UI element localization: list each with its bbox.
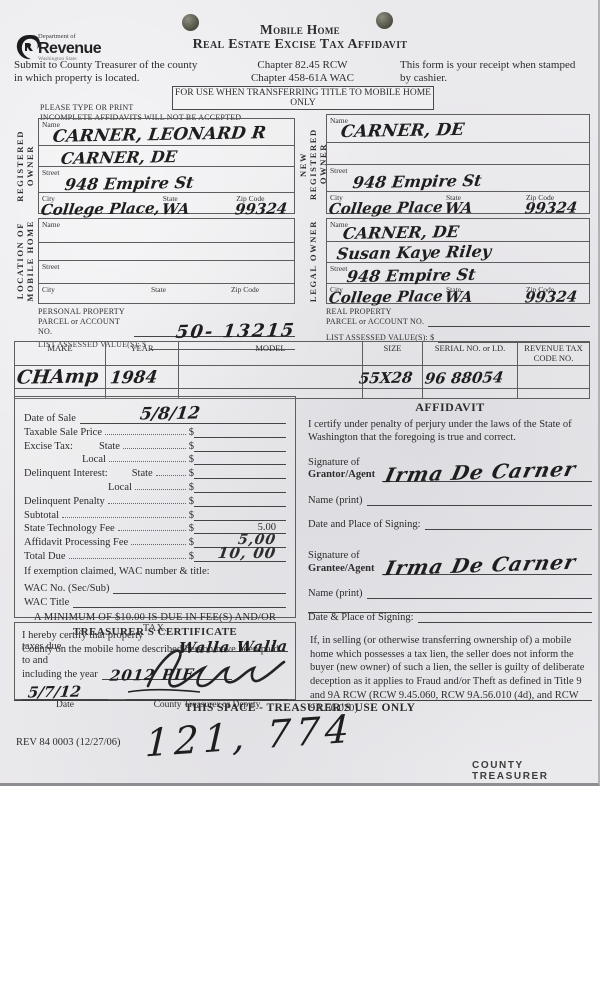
street-field-label: Street [42, 262, 60, 271]
name-field-label: Name [42, 220, 60, 229]
personal-parcel-no-label: PARCEL or ACCOUNT NO. [38, 317, 130, 337]
registered-owner-state: WA [161, 200, 191, 218]
registered-owner-label-col2: OWNER [26, 145, 36, 186]
fee-row-delinquent-interest-state: Delinquent Interest:State$ [24, 465, 286, 479]
header-revenue-line2: CODE NO. [534, 353, 574, 363]
tc-county-handwritten: Walla Walla [178, 637, 289, 657]
personal-property-label: PERSONAL PROPERTY [38, 307, 295, 317]
receipt-note: This form is your receipt when stamped b… [400, 59, 590, 85]
legal-owner-city: College Place [328, 287, 444, 307]
real-property-label: REAL PROPERTY [326, 307, 590, 317]
exemption-note: If exemption claimed, WAC number & title… [24, 566, 286, 580]
fee-row-delinquent-penalty: Delinquent Penalty$ [24, 493, 286, 507]
new-registered-owner-name1: CARNER, DE [340, 120, 466, 142]
street-field-label: Street [330, 166, 348, 175]
affidavit-bottom-rule [308, 612, 592, 613]
tc-date-value: 5/7/12 [27, 683, 82, 702]
cell-model [179, 366, 363, 389]
cell-make: CHAmp [15, 366, 106, 389]
new-registered-owner-city: College Place [328, 198, 444, 218]
fee-row-excise-state: Excise Tax:State$ [24, 438, 286, 452]
date-of-sale-value: 5/8/12 [139, 403, 201, 424]
street-field-label: Street [330, 264, 348, 273]
header-size: SIZE [363, 342, 423, 366]
city-field-label: City [42, 285, 55, 294]
county-treasurer-stamp: COUNTY TREASURER [472, 760, 598, 782]
zip-field-label: Zip Code [231, 285, 259, 294]
chapter-line1: Chapter 82.45 RCW [257, 59, 347, 71]
receipt-note-line1: This form is your receipt when stamped [400, 59, 575, 71]
fee-row-subtotal: Subtotal$ [24, 507, 286, 521]
instruction-line1: PLEASE TYPE OR PRINT [40, 103, 133, 112]
street-field-label: Street [42, 168, 60, 177]
fee-row-delinquent-interest-local: Local$ [24, 479, 286, 493]
header-model: MODEL [179, 342, 363, 366]
registered-owner-section-label: REGISTERED OWNER [14, 118, 38, 214]
wac-title-row: WAC Title [24, 594, 286, 608]
legal-owner-zip: 99324 [524, 288, 579, 307]
cell-year: 1984 [106, 366, 179, 389]
header-make: MAKE [15, 342, 106, 366]
new-registered-owner-zip: 99324 [524, 199, 579, 218]
cell-revenue-tax-code [518, 366, 589, 389]
tc-year-handwritten: 2012 PIF [109, 665, 195, 684]
new-registered-owner-box: Name CARNER, DE Street 948 Empire St Cit… [326, 114, 590, 214]
location-label-col2: MOBILE HOME [26, 220, 36, 302]
registered-owner-city: College Place, [40, 199, 161, 219]
new-registered-owner-section-label: NEW REGISTERED OWNER [302, 114, 326, 214]
grantee-signature-row: Signature ofGrantee/Agent Irma De Carner [308, 550, 592, 575]
grantee-signature: Irma De Carner [383, 550, 579, 581]
real-property-parcel: REAL PROPERTY PARCEL or ACCOUNT NO. LIST… [326, 307, 590, 343]
tc-line3-text: including the year [22, 669, 98, 680]
grantor-name-print-row: Name (print) [308, 495, 592, 506]
grantor-signature-row: Signature ofGrantor/Agent Irma De Carner [308, 457, 592, 482]
registered-owner-name1: CARNER, LEONARD R [52, 123, 268, 147]
header-revenue-tax: REVENUE TAXCODE NO. [518, 342, 589, 366]
header-year: YEAR [106, 342, 179, 366]
legal-owner-name2: Susan Kaye Riley [336, 242, 493, 264]
scanned-affidavit-page: Department of Revenue Washington State M… [0, 0, 600, 786]
submit-note: Submit to County Treasurer of the county… [14, 59, 214, 85]
chapter-line2: Chapter 458-61A WAC [251, 72, 354, 84]
form-title-line2: Real Estate Excise Tax Affidavit [0, 37, 600, 53]
receipt-note-line2: by cashier. [400, 72, 447, 84]
treasurer-use-rule [14, 700, 592, 701]
grantee-date-place-row: Date & Place of Signing: [308, 612, 592, 623]
treasurers-certificate-box: TREASURER'S CERTIFICATE I hereby certify… [14, 622, 296, 700]
registered-owner-name2: CARNER, DE [60, 147, 178, 168]
handwritten-number: 121, 774 [144, 707, 354, 766]
registered-owner-street: 948 Empire St [64, 173, 195, 194]
real-parcel-no-label: PARCEL or ACCOUNT NO. [326, 317, 424, 327]
wac-no-row: WAC No. (Sec/Sub) [24, 580, 286, 594]
submit-note-line2: in which property is located. [14, 72, 140, 84]
new-registered-owner-street: 948 Empire St [352, 171, 483, 192]
new-registered-owner-label-col1: NEW REGISTERED [299, 114, 319, 214]
registered-owner-zip: 99324 [234, 200, 289, 219]
fee-row-excise-local: Local$ [24, 452, 286, 466]
fee-row-total-due: Total Due$10, 00 [24, 548, 286, 562]
cell-serial: 96 88054 [423, 366, 518, 389]
legal-owner-label-col1: LEGAL OWNER [309, 220, 319, 302]
location-mobile-home-section-label: LOCATION OF MOBILE HOME [14, 218, 38, 304]
legal-owner-street: 948 Empire St [346, 265, 477, 286]
grantor-signature: Irma De Carner [383, 457, 579, 488]
affidavit-title: AFFIDAVIT [308, 400, 592, 415]
grantee-name-print-row: Name (print) [308, 588, 592, 599]
grantor-date-place-row: Date and Place of Signing: [308, 519, 592, 530]
affidavit-certify-text: I certify under penalty of perjury under… [308, 418, 592, 445]
mobile-home-table: MAKE YEAR MODEL SIZE SERIAL NO. or I.D. … [14, 341, 590, 399]
form-number: REV 84 0003 (12/27/06) [16, 737, 121, 748]
header-serial: SERIAL NO. or I.D. [423, 342, 518, 366]
legal-owner-name1: CARNER, DE [342, 222, 460, 243]
header-revenue-line1: REVENUE TAX [524, 343, 582, 353]
submit-note-line1: Submit to County Treasurer of the county [14, 59, 197, 71]
location-mobile-home-box: Name Street City State Zip Code [38, 218, 295, 304]
form-title-line1: Mobile Home [0, 22, 600, 38]
new-registered-owner-state: WA [444, 199, 474, 217]
fees-box: Date of Sale 5/8/12 Taxable Sale Price$ … [14, 396, 296, 618]
date-of-sale-label: Date of Sale [24, 413, 76, 424]
legal-owner-box: Name CARNER, DE Susan Kaye Riley Street … [326, 218, 590, 304]
cell-size: 55X28 [363, 366, 423, 389]
legal-owner-state: WA [444, 288, 474, 306]
legal-owner-section-label: LEGAL OWNER [302, 218, 326, 304]
affidavit-section: AFFIDAVIT I certify under penalty of per… [308, 400, 592, 623]
registered-owner-box: Name CARNER, LEONARD R CARNER, DE Street… [38, 118, 295, 214]
state-field-label: State [151, 285, 166, 294]
chapter-note: Chapter 82.45 RCW Chapter 458-61A WAC [230, 59, 375, 85]
fee-row-taxable-sale-price: Taxable Sale Price$ [24, 424, 286, 438]
